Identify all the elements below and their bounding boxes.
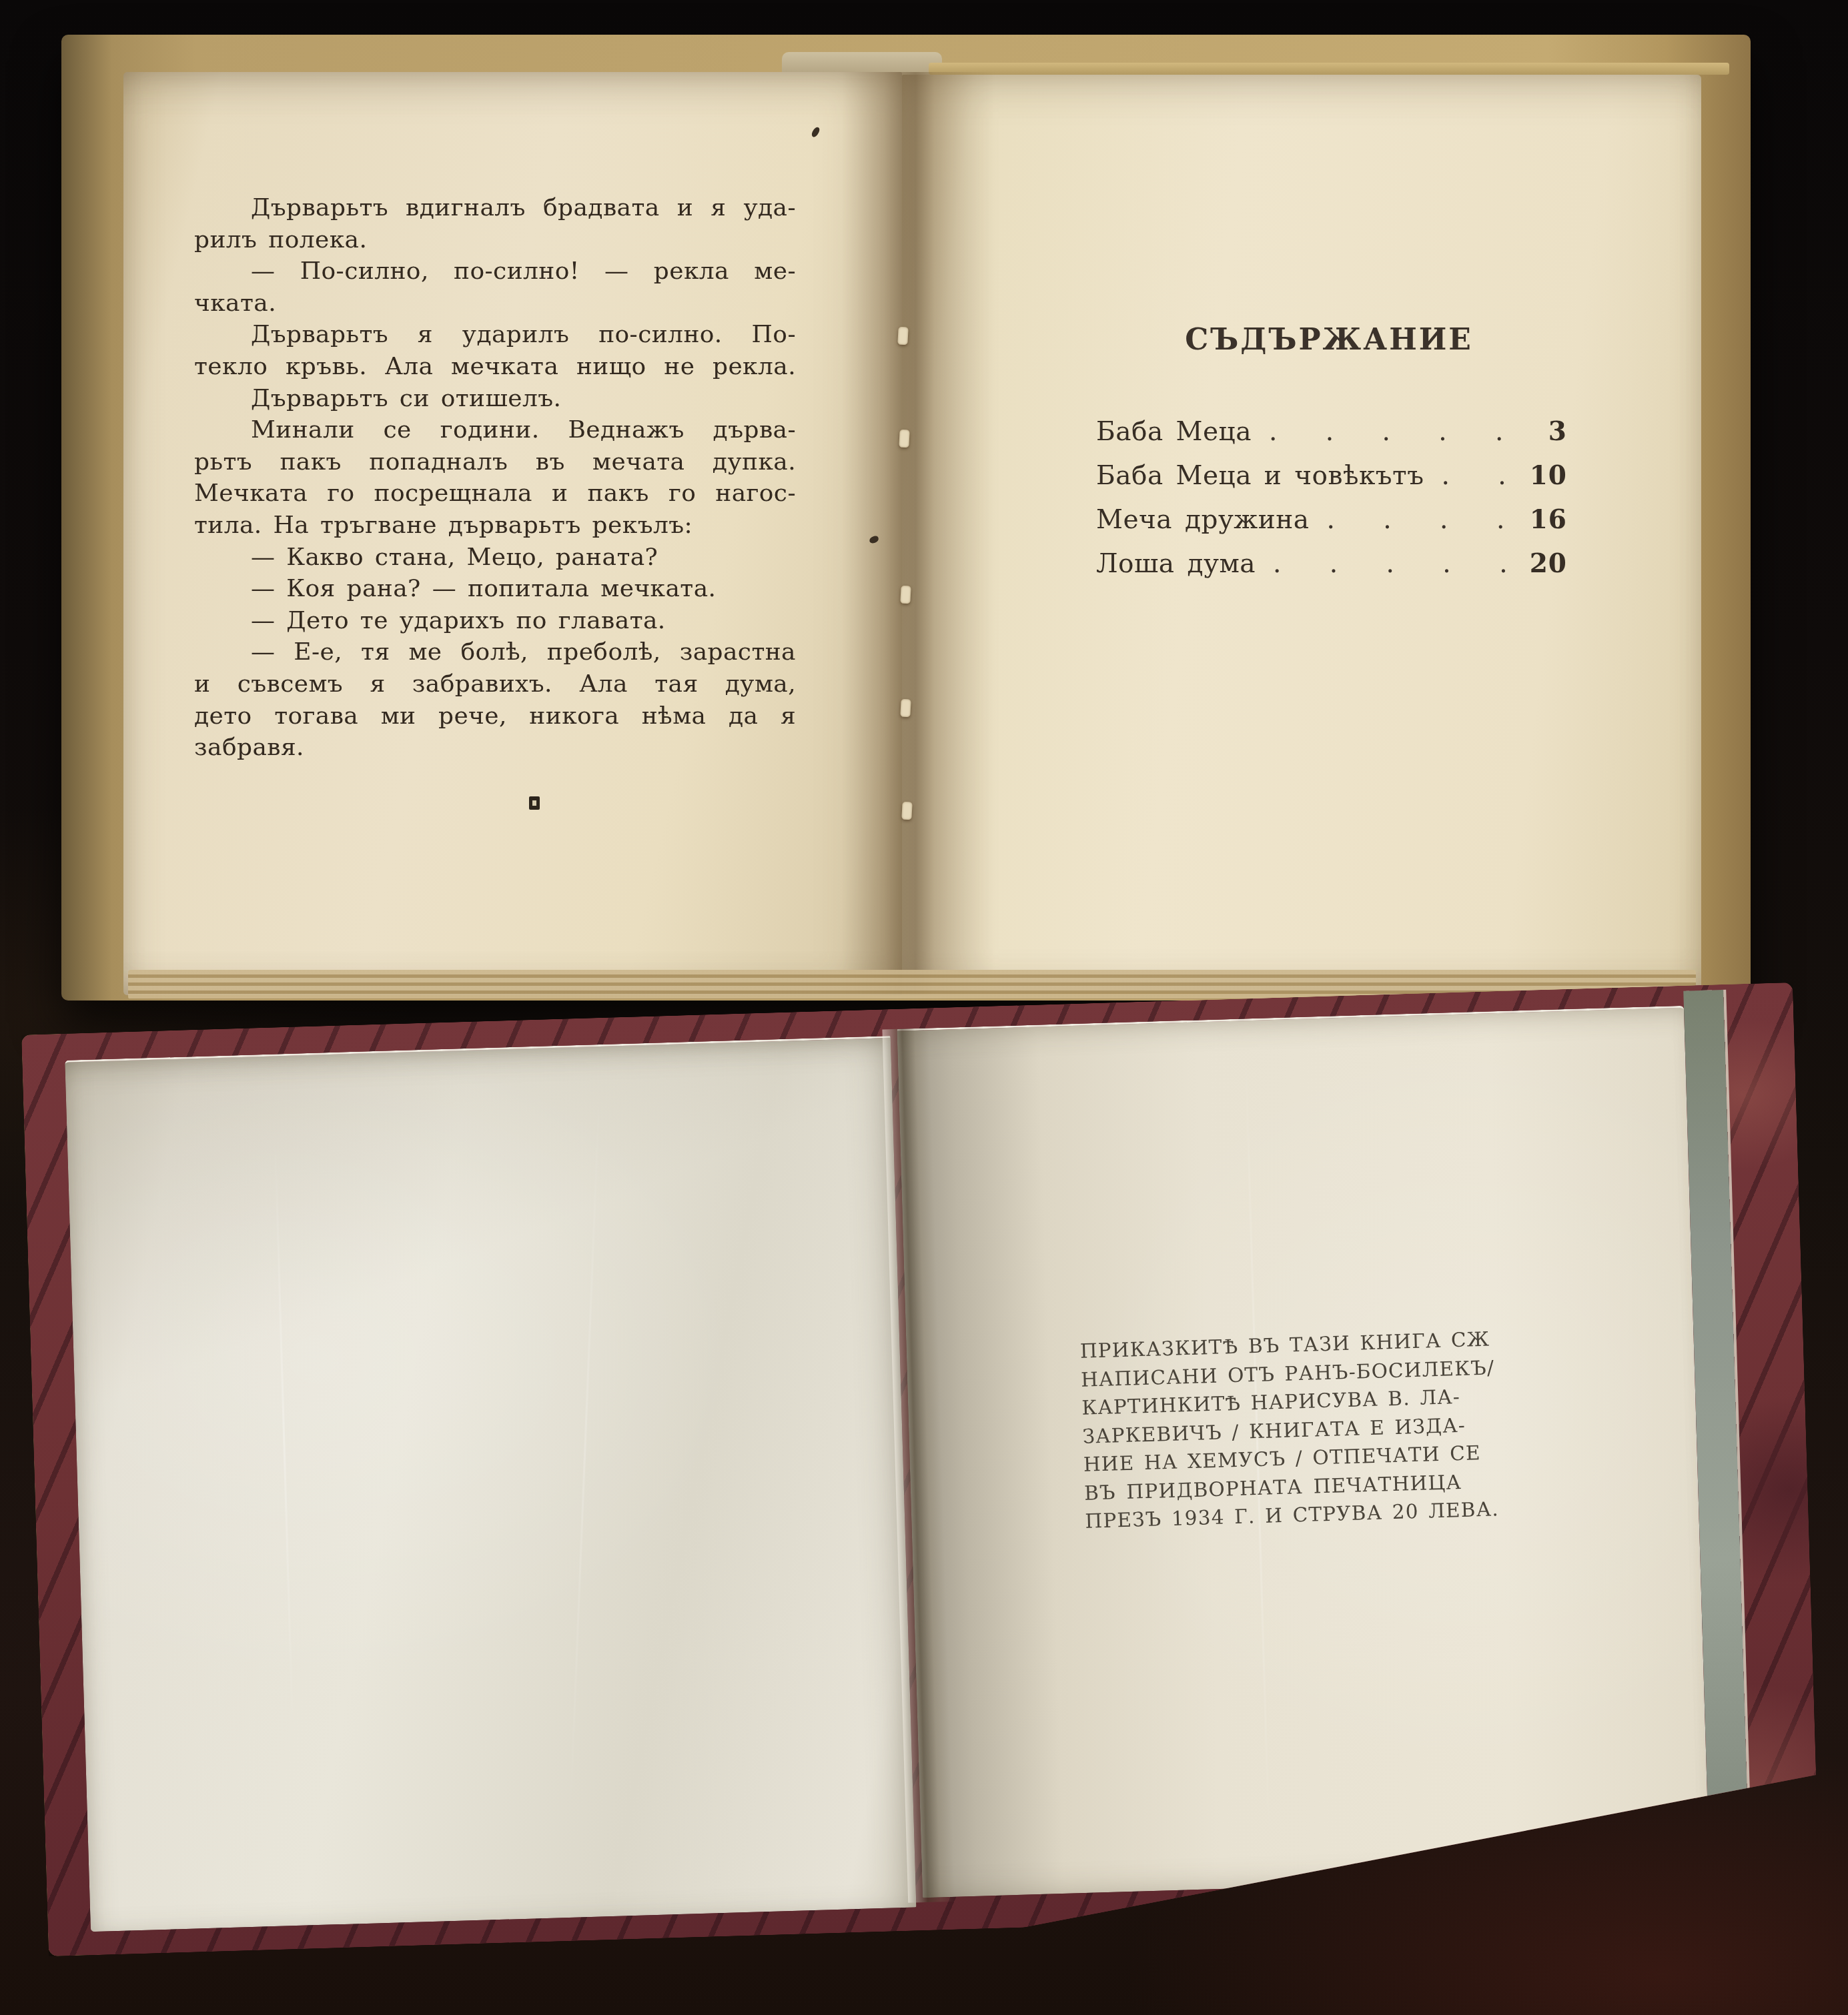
story-line: рьтъ пакъ попадналъ въ мечата дупка. [194,446,796,478]
contents-entry-page-number: 10 [1524,460,1567,491]
contents-entry: Баба Меца и човѣкътъ. . .10 [1096,460,1567,504]
top-book: Дърварьтъ вдигналъ брадвата и я уда-рилъ… [61,35,1751,1000]
story-line: Минали се години. Веднажъ дърва- [194,414,796,446]
paper-crease [569,1087,600,1820]
binding-stitch [900,699,911,718]
contents-entry-title: Меча дружина [1096,505,1310,535]
story-line: дето тогава ми рече, никога нѣма да я [194,700,796,732]
dot-leader: . . . . . . . [1252,417,1524,447]
story-line: — Какво стана, Мецо, раната? [194,542,796,574]
contents-entry: Лоша дума. . . . . . .20 [1096,548,1567,592]
contents-entry: Баба Меца. . . . . . .3 [1096,416,1567,460]
dot-leader: . . . . . . . [1256,549,1524,579]
story-line: Дърварьтъ си отишелъ. [194,383,796,415]
story-line: — Дето те ударихъ по главата. [194,605,796,637]
story-line: забравя. [194,732,796,764]
story-line: — Коя рана? — попитала мечката. [194,573,796,605]
dot-leader: . . . . . . [1310,505,1525,535]
end-of-story-mark [529,796,540,810]
story-line: — Е-е, тя ме болѣ, преболѣ, зарастна [194,636,796,668]
top-book-cover-top-edge [929,63,1729,75]
story-line: чката. [194,287,796,319]
story-text-block: Дърварьтъ вдигналъ брадвата и я уда-рилъ… [194,192,796,764]
story-line: Дърварьтъ я ударилъ по-силно. По- [194,319,796,351]
story-line: рилъ полека. [194,224,796,256]
photo-of-open-books: Дърварьтъ вдигналъ брадвата и я уда-рилъ… [0,0,1848,2015]
story-line: и съвсемъ я забравихъ. Ала тая дума, [194,668,796,700]
dot-leader: . . . [1424,461,1525,491]
contents-entry-page-number: 16 [1524,504,1567,535]
bottom-book-left-page [65,1036,916,1932]
contents-entry-title: Лоша дума [1096,549,1256,579]
binding-stitch [899,430,909,448]
binding-stitch [900,586,911,604]
binding-stitch [897,327,908,346]
story-line: — По-силно, по-силно! — рекла ме- [194,255,796,287]
bottom-book: ПРИКАЗКИТѢ ВЪ ТАЗИ КНИГА СЖНАПИСАНИ ОТЪ … [21,982,1820,1956]
story-line: Дърварьтъ вдигналъ брадвата и я уда- [194,192,796,224]
story-line: тила. На тръгване дърварьтъ рекълъ: [194,510,796,542]
contents-entry: Меча дружина. . . . . .16 [1096,504,1567,548]
contents-entry-title: Баба Меца [1096,417,1252,447]
binding-stitch [901,802,912,820]
paper-crease [274,1136,294,1736]
contents-title: СЪДЪРЖАНИЕ [1129,323,1529,357]
colophon-text-block: ПРИКАЗКИТѢ ВЪ ТАЗИ КНИГА СЖНАПИСАНИ ОТЪ … [1079,1326,1463,1535]
story-line: Мечката го посрещнала и пакъ го нагос- [194,478,796,510]
contents-entry-page-number: 20 [1524,548,1567,579]
contents-entry-page-number: 3 [1524,416,1567,447]
contents-entry-title: Баба Меца и човѣкътъ [1096,461,1424,491]
story-line: текло кръвь. Ала мечката нищо не рекла. [194,351,796,383]
contents-list: Баба Меца. . . . . . .3Баба Меца и човѣк… [1096,416,1567,592]
